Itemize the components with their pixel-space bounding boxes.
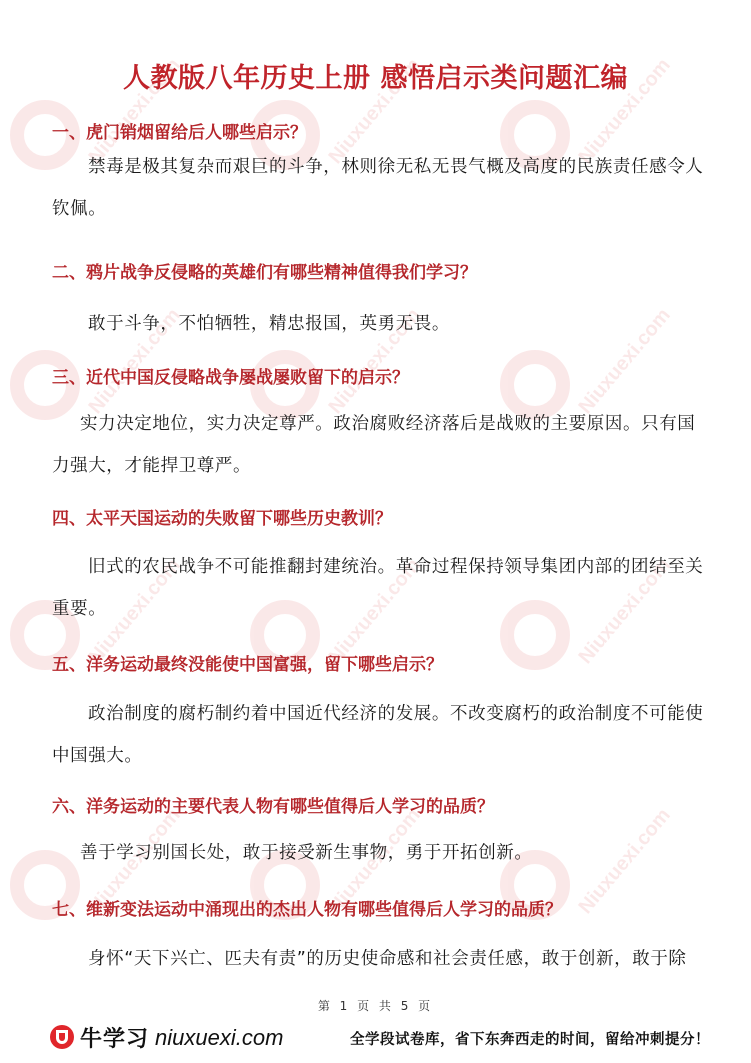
question-heading: 五、洋务运动最终没能使中国富强，留下哪些启示？ — [52, 650, 443, 675]
answer-text: 敢于斗争，不怕牺牲，精忠报国，英勇无畏。 — [52, 303, 704, 345]
answer-text: 善于学习别国长处，敢于接受新生事物，勇于开拓创新。 — [52, 832, 704, 874]
niuxuexi-logo-icon — [50, 1025, 74, 1051]
page-indicator: 第 1 页 共 5 页 — [0, 997, 751, 1014]
question-heading: 一、虎门销烟留给后人哪些启示？ — [52, 118, 307, 143]
footer-slogan: 全学段试卷库，省下东奔西走的时间，留给冲刺提分！ — [350, 1028, 710, 1049]
answer-text: 实力决定地位，实力决定尊严。政治腐败经济落后是战败的主要原因。只有国力强大，才能… — [52, 403, 704, 487]
footer-bar: 牛学习 niuxuexi.com 全学段试卷库，省下东奔西走的时间，留给冲刺提分… — [0, 1018, 751, 1058]
brand-link[interactable]: 牛学习 niuxuexi.com — [50, 1022, 283, 1053]
question-heading: 二、鸦片战争反侵略的英雄们有哪些精神值得我们学习？ — [52, 258, 477, 283]
answer-text: 身怀“天下兴亡、匹夫有责”的历史使命感和社会责任感，敢于创新，敢于除 — [52, 938, 704, 980]
brand-domain: niuxuexi.com — [155, 1025, 283, 1051]
answer-text: 旧式的农民战争不可能推翻封建统治。革命过程保持领导集团内部的团结至关重要。 — [52, 546, 704, 630]
question-heading: 七、维新变法运动中涌现出的杰出人物有哪些值得后人学习的品质？ — [52, 895, 562, 920]
question-heading: 三、近代中国反侵略战争屡战屡败留下的启示？ — [52, 363, 409, 388]
question-heading: 六、洋务运动的主要代表人物有哪些值得后人学习的品质？ — [52, 792, 494, 817]
question-heading: 四、太平天国运动的失败留下哪些历史教训？ — [52, 504, 392, 529]
answer-text: 禁毒是极其复杂而艰巨的斗争，林则徐无私无畏气概及高度的民族责任感令人钦佩。 — [52, 146, 704, 230]
answer-text: 政治制度的腐朽制约着中国近代经济的发展。不改变腐朽的政治制度不可能使中国强大。 — [52, 693, 704, 777]
brand-name: 牛学习 — [80, 1022, 149, 1053]
page-title: 人教版八年历史上册 感悟启示类问题汇编 — [0, 56, 751, 95]
